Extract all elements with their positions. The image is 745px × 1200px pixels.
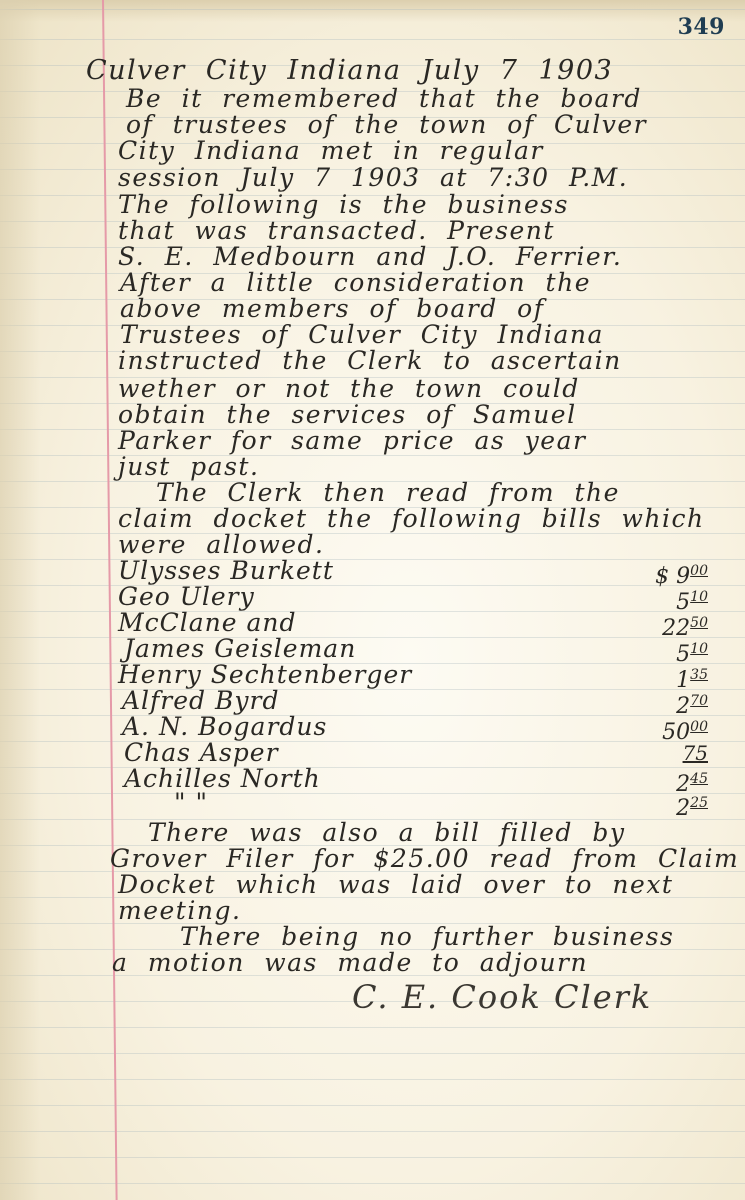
body-line: Be it remembered that the board [126,86,642,112]
body-line: that was transacted. Present [118,218,555,244]
bill-row: McClane and 2250 [118,610,708,636]
closing-line: meeting. [118,898,241,924]
body-line: claim docket the following bills which [118,506,705,532]
bill-cents: 25 [690,795,708,811]
bill-payee: Achilles North [124,766,321,792]
bill-payee: James Geisleman [124,636,356,662]
bill-row: A. N. Bogardus 5000 [118,714,708,740]
closing-line: a motion was made to adjourn [112,950,588,976]
body-line: The Clerk then read from the [156,480,620,506]
bill-row: Chas Asper 75 [118,740,708,766]
body-line: The following is the business [118,192,569,218]
bill-row: Alfred Byrd 270 [118,688,708,714]
body-line: S. E. Medbourn and J.O. Ferrier. [118,244,622,270]
body-line: instructed the Clerk to ascertain [118,348,622,374]
page-number: 349 [678,14,725,40]
bill-payee: Geo Ulery [118,584,255,610]
body-line: obtain the services of Samuel [118,402,577,428]
bill-row: Ulysses Burkett $ 900 [118,558,708,584]
bill-cents: 45 [690,771,708,787]
closing-line: There being no further business [180,924,674,950]
body-line: After a little consideration the [120,270,591,296]
bill-cents: 00 [690,719,708,735]
bill-cents: 10 [690,641,708,657]
bill-payee: Chas Asper [124,740,279,766]
bill-cents: 70 [690,693,708,709]
bill-payee: Henry Sechtenberger [118,662,412,688]
bill-row: Henry Sechtenberger 135 [118,662,708,688]
ledger-page: 349 Culver City Indiana July 7 1903 Be i… [0,0,745,1200]
bill-cents: 35 [690,667,708,683]
bill-payee: Ulysses Burkett [118,558,334,584]
bill-cents: 10 [690,589,708,605]
closing-line: Docket which was laid over to next [118,872,673,898]
body-line: just past. [118,454,259,480]
bill-row: " " 225 [118,790,708,816]
bill-cents: 50 [690,615,708,631]
bill-dollars: 2 [676,796,690,821]
bill-row: Geo Ulery 510 [118,584,708,610]
bill-row: James Geisleman 510 [118,636,708,662]
bill-payee: McClane and [118,610,296,636]
bill-cents: 75 [683,741,708,765]
closing-line: There was also a bill filled by [148,820,625,846]
bill-payee: " " [174,790,208,816]
bill-payee: Alfred Byrd [122,688,279,714]
bill-amount: 75 [598,740,708,767]
body-line: Parker for same price as year [118,428,586,454]
body-line: above members of board of [120,296,544,322]
closing-line: Grover Filer for $25.00 read from Claim [110,846,739,872]
minutes-heading: Culver City Indiana July 7 1903 [86,58,613,84]
clerk-signature: C. E. Cook Clerk [352,978,652,1016]
body-line: Trustees of Culver City Indiana [120,322,604,348]
body-line: session July 7 1903 at 7:30 P.M. [118,165,628,191]
bill-payee: A. N. Bogardus [122,714,327,740]
body-line: City Indiana met in regular [118,138,544,164]
body-line: of trustees of the town of Culver [126,112,647,138]
bill-cents: 00 [690,563,708,579]
body-line: were allowed. [118,532,324,558]
body-line: wether or not the town could [118,376,580,402]
